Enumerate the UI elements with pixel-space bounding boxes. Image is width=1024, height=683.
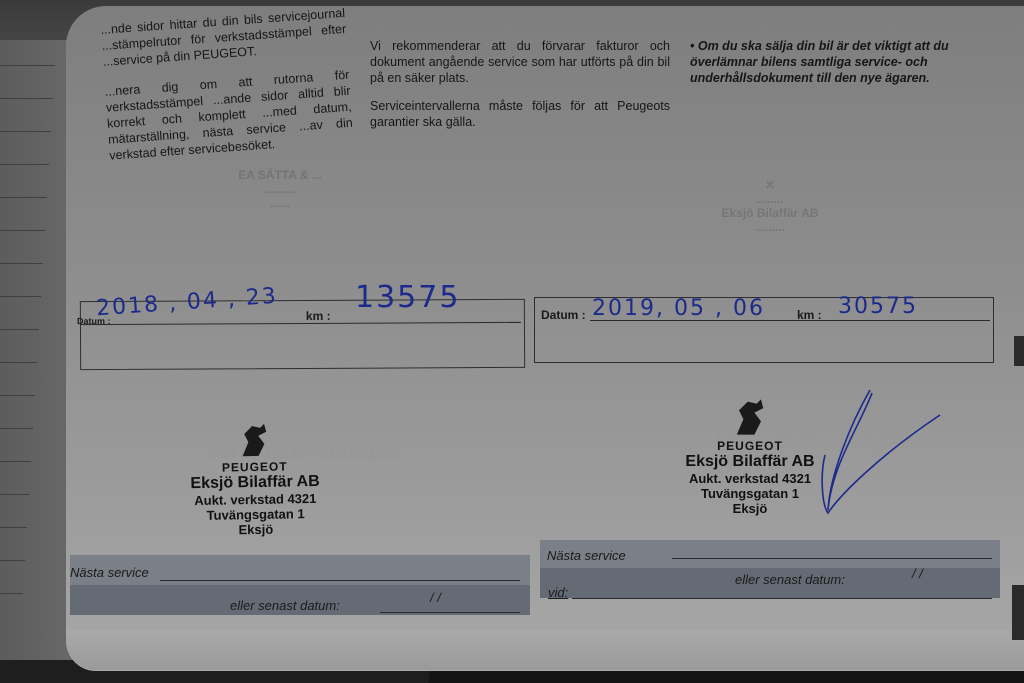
paragraph: ...nera dig om att rutorna för verkstads… [104, 67, 354, 164]
latest-date-label: eller senast datum: [735, 572, 845, 587]
next-service-line[interactable] [160, 580, 520, 581]
entry-1-km-handwritten[interactable]: 13575 [355, 280, 460, 315]
latest-date-label: eller senast datum: [230, 598, 340, 613]
ruled-line [0, 230, 45, 231]
notice-text: Om du ska sälja din bil är det viktigt a… [690, 39, 949, 85]
sell-car-notice: • Om du ska sälja din bil är det viktigt… [690, 38, 990, 86]
page-bottom-edge [66, 630, 1024, 670]
ruled-line [0, 494, 29, 495]
ruled-line [0, 428, 33, 429]
paragraph: Serviceintervallerna måste följas för at… [370, 98, 670, 130]
next-service-label: Nästa service [70, 565, 149, 580]
page-tab-marker [1012, 585, 1024, 640]
entry-2-date-handwritten[interactable]: 2019, 05 , 06 [592, 296, 765, 321]
ruled-line [0, 131, 51, 132]
entry-2-km-handwritten[interactable]: 30575 [838, 294, 918, 319]
next-service-label: Nästa service [547, 548, 626, 563]
ruled-line [0, 296, 41, 297]
paragraph: Vi rekommenderar att du förvarar fakturo… [370, 38, 670, 86]
ruled-line [0, 329, 39, 330]
ruled-line [0, 98, 53, 99]
km-label: km : [306, 309, 331, 323]
ruled-line [0, 593, 23, 594]
intro-text-middle: Vi rekommenderar att du förvarar fakturo… [370, 38, 670, 142]
ruled-line [0, 263, 43, 264]
intro-text-left: ...nde sidor hittar du din bils servicej… [100, 5, 355, 178]
peugeot-lion-icon [234, 420, 275, 461]
ruled-line [0, 461, 31, 462]
date-separators: / / [430, 590, 441, 605]
signature [810, 385, 950, 525]
date-underline [81, 322, 521, 325]
show-through-text: ✕........Eksjö Bilaffär AB......... [680, 178, 860, 234]
ruled-line [0, 395, 35, 396]
entry-1-dealer-stamp: PEUGEOT Eksjö Bilaffär AB Aukt. verkstad… [159, 418, 351, 538]
peugeot-lion-icon [728, 395, 772, 439]
date-label: Datum : [541, 308, 586, 322]
latest-date-line[interactable] [380, 612, 520, 613]
bullet: • [690, 39, 694, 53]
page-tab-marker [1014, 336, 1024, 366]
ruled-line [0, 362, 37, 363]
date-separators: / / [912, 566, 923, 581]
ruled-line [0, 65, 55, 66]
show-through-text: EA SÄTTA & .................. [190, 168, 370, 210]
ruled-line [0, 197, 47, 198]
ruled-line [0, 164, 49, 165]
ruled-line [0, 527, 27, 528]
vid-line[interactable] [572, 598, 992, 599]
ruled-line [0, 560, 25, 561]
at-label: vid: [548, 585, 568, 600]
next-service-line[interactable] [672, 558, 992, 559]
